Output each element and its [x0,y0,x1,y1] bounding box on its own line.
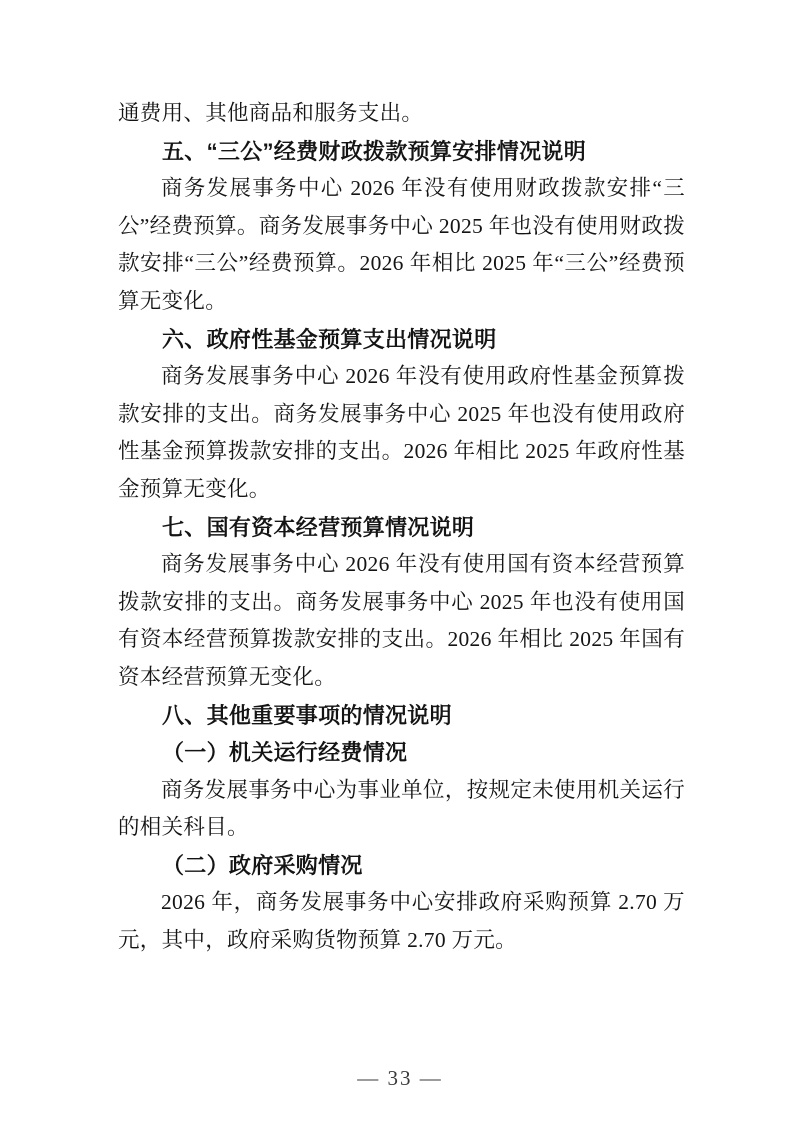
continuation-paragraph: 通费用、其他商品和服务支出。 [118,95,685,133]
document-body: 通费用、其他商品和服务支出。 五、“三公”经费财政拨款预算安排情况说明 商务发展… [118,95,685,960]
section-heading-7: 七、国有资本经营预算情况说明 [118,509,685,547]
section-heading-6: 六、政府性基金预算支出情况说明 [118,321,685,359]
subsection-paragraph-8-1: 商务发展事务中心为事业单位，按规定未使用机关运行的相关科目。 [118,772,685,847]
section-paragraph-5: 商务发展事务中心 2026 年没有使用财政拨款安排“三公”经费预算。商务发展事务… [118,170,685,320]
section-heading-5: 五、“三公”经费财政拨款预算安排情况说明 [118,133,685,171]
subsection-heading-8-2: （二）政府采购情况 [118,847,685,885]
subsection-heading-8-1: （一）机关运行经费情况 [118,734,685,772]
subsection-paragraph-8-2: 2026 年，商务发展事务中心安排政府采购预算 2.70 万元，其中，政府采购货… [118,884,685,959]
section-paragraph-6: 商务发展事务中心 2026 年没有使用政府性基金预算拨款安排的支出。商务发展事务… [118,358,685,508]
section-paragraph-7: 商务发展事务中心 2026 年没有使用国有资本经营预算拨款安排的支出。商务发展事… [118,546,685,696]
page-number: — 33 — [0,1066,800,1091]
document-page: 通费用、其他商品和服务支出。 五、“三公”经费财政拨款预算安排情况说明 商务发展… [0,0,800,1131]
section-heading-8: 八、其他重要事项的情况说明 [118,697,685,735]
